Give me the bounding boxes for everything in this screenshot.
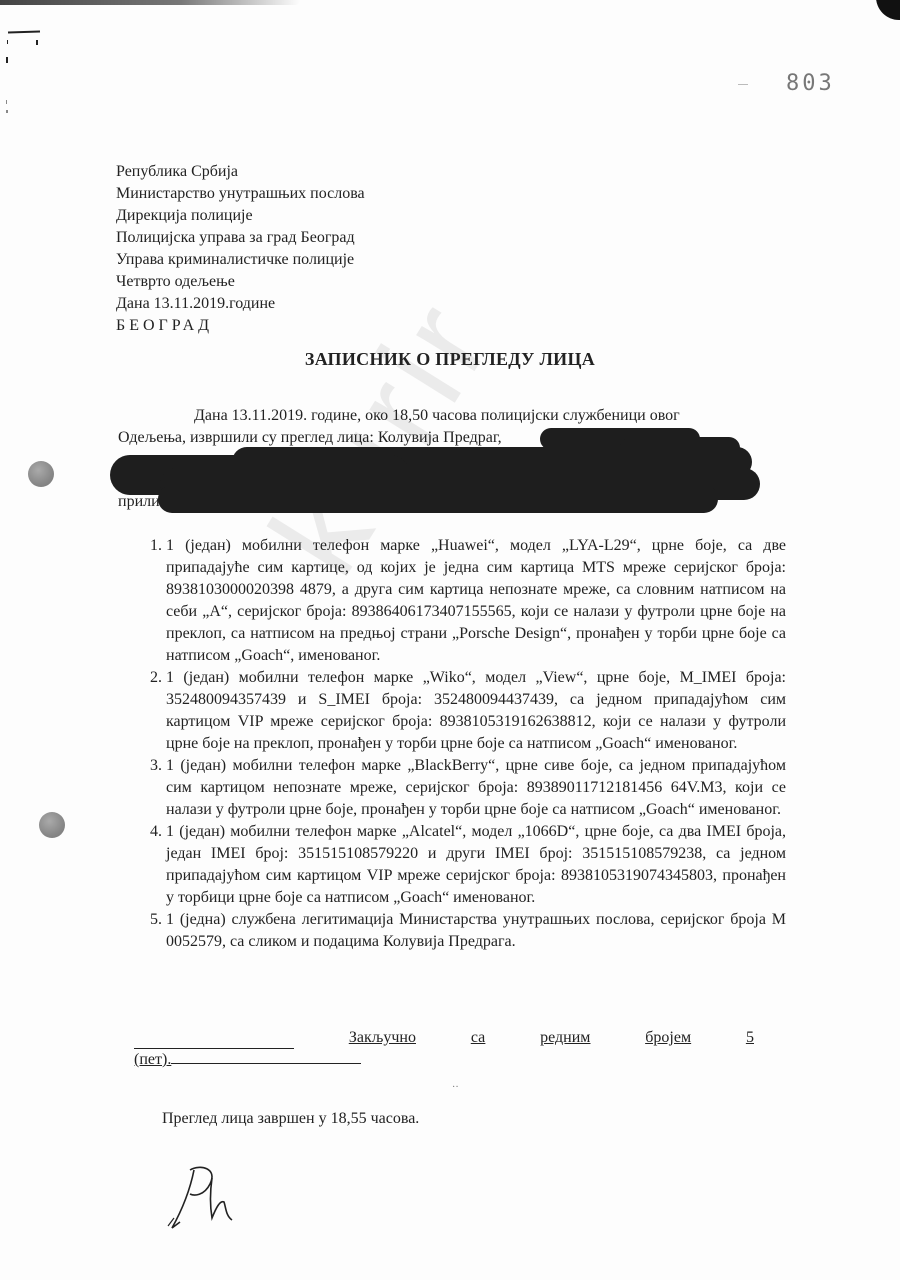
letterhead-line: Управа криминалистичке полиције [116, 249, 365, 271]
list-item: 1 (једна) службена легитимација Министар… [166, 909, 786, 953]
stray-dots: ·· [452, 1082, 459, 1093]
corner-blob [876, 0, 900, 20]
punch-hole-bottom [39, 812, 65, 838]
intro-text: Одељења, извршили су преглед лица: Колув… [118, 429, 502, 446]
conclusion-word: бројем [645, 1027, 691, 1049]
conclusion-number: 5 [746, 1027, 754, 1049]
document-title: ЗАПИСНИК О ПРЕГЛЕДУ ЛИЦА [0, 349, 900, 370]
conclusion-word: Закључно [349, 1027, 416, 1049]
conclusion-number-words: (пет). [134, 1051, 171, 1068]
letterhead-line: Дирекција полиције [116, 205, 365, 227]
list-item: 1 (један) мобилни телефон марке „Alcatel… [166, 821, 786, 909]
list-item: 1 (један) мобилни телефон марке „Huawei“… [166, 535, 786, 667]
completion-statement: Преглед лица завршен у 18,55 часова. [162, 1110, 419, 1128]
letterhead: Република Србија Министарство унутрашњих… [116, 161, 365, 337]
intro-line-1: Дана 13.11.2019. године, око 18,50 часов… [134, 405, 734, 427]
letterhead-date: Дана 13.11.2019.године [116, 293, 365, 315]
intro-text: Дана 13.11.2019. године, око 18,50 часов… [194, 407, 680, 424]
list-item: 1 (један) мобилни телефон марке „Wiko“, … [166, 667, 786, 755]
conclusion-line: Закључно са редним бројем 5 [134, 1027, 754, 1049]
letterhead-line: Полицијска управа за град Београд [116, 227, 365, 249]
items-list: 1 (један) мобилни телефон марке „Huawei“… [134, 535, 786, 953]
letterhead-line: Република Србија [116, 161, 365, 183]
letterhead-line: Четврто одељење [116, 271, 365, 293]
conclusion: Закључно са редним бројем 5 (пет). [134, 1027, 754, 1071]
conclusion-fill [134, 1027, 294, 1049]
page-number: 803 [786, 71, 835, 96]
signature [160, 1160, 250, 1240]
punch-hole-top [28, 461, 54, 487]
page-number-dash [738, 84, 748, 85]
conclusion-word: са [471, 1027, 485, 1049]
conclusion-word: редним [540, 1027, 590, 1049]
intro-text: прили [118, 493, 160, 510]
letterhead-line: Министарство унутрашњих послова [116, 183, 365, 205]
letterhead-city: БЕОГРАД [116, 315, 365, 337]
conclusion-line-2: (пет). [134, 1049, 754, 1071]
conclusion-fill [171, 1049, 361, 1064]
top-edge-shadow [0, 0, 300, 5]
list-item: 1 (један) мобилни телефон марке „BlackBe… [166, 755, 786, 821]
